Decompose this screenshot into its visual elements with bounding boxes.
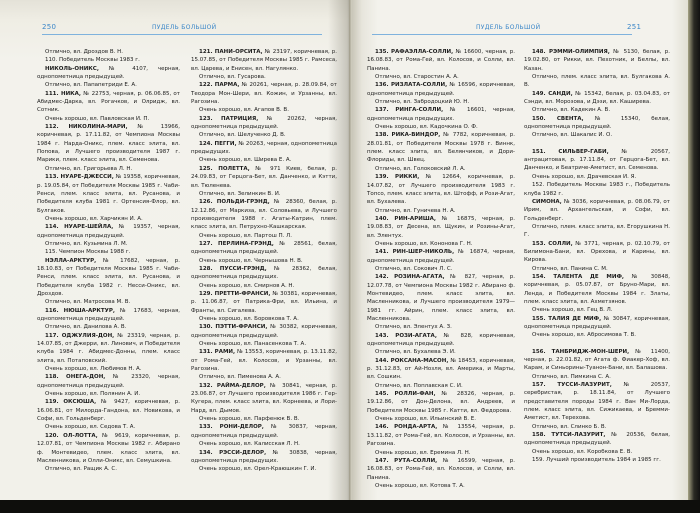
dog-name: 144. РОКСАНА-МАСОН, — [375, 358, 448, 364]
rating-line: Отлично, вл. Папапетриди Е. А. — [37, 81, 180, 89]
dog-name: 133. РОНИ-ДЕЛОР, — [199, 424, 264, 430]
dog-entry: 119. ОКСЮША, № 9427, коричневая, р. 16.0… — [37, 398, 180, 423]
dog-entry: 139. РИККИ, № 12664, коричневая, р. 14.0… — [367, 173, 515, 206]
dog-entry: 130. ПЭТТИ-ФРАНСИ, № 30382, коричневая, … — [191, 323, 337, 340]
rating-line: Очень хорошо, вл. Панасенкова Т. А. — [191, 340, 337, 348]
dog-entry: 143. РОЗИ-АГАТА, № 828, коричневая, одно… — [367, 332, 515, 349]
dog-name: 134. РЭССИ-ДЕЛОР, — [199, 450, 266, 456]
dog-entry: 150. СВЕНТА, № 15340, белая, однопометни… — [524, 115, 670, 132]
dog-entry: 128. ПУССИ-ГРЭНД, № 28362, белая, однопо… — [191, 265, 337, 282]
rating-line: Отлично, вл. Голоковский Л. А. — [367, 165, 515, 173]
dog-name: 148. РЭММИ-ОЛИМПИЯ, — [532, 49, 610, 55]
rating-line: Отлично, вл. Пименова А. А. — [191, 373, 337, 381]
dog-entry: 113. НУАРЕ-ДЖЕССИ, № 19358, коричневая, … — [37, 173, 180, 215]
dog-name: 147. РУТА-СОЛЛИ, — [375, 458, 437, 464]
rating-line: Очень хорошо, вл. Парфенюк В. В. — [191, 415, 337, 423]
rating-line: Очень хорошо, вл. Чернышова Н. В. — [191, 257, 337, 265]
rating-line: 110. Победитель Москвы 1983 г. — [37, 56, 180, 64]
running-title: ПУДЕЛЬ БОЛЬШОЙ — [476, 24, 540, 31]
rating-line: Отлично, вл. Бухалева Э. И. — [367, 348, 515, 356]
rating-line: Очень хорошо, вл. Смирнов А. Н. — [191, 282, 337, 290]
dog-name: 142. РОЗИНА-АГАТА, — [375, 274, 445, 280]
dog-entry: 137. РИНГА-СОЛЛИ, № 16601, черная, одноп… — [367, 106, 515, 123]
dog-name: 135. РАФАЭЛЛА-СОЛЛИ, — [375, 49, 453, 55]
dog-entry: 122. ПАРМА, № 20261, черная, р. 28.09.84… — [191, 81, 337, 106]
dog-name: 153. СОЛЛИ, — [532, 241, 573, 247]
dog-entry: 114. НУАРЕ-ШЕЙЛА, № 19357, черная, одноп… — [37, 223, 180, 240]
dog-name: 124. ПЕГГИ, — [199, 141, 237, 147]
rating-line: 152. Победитель Москвы 1983 г., Победите… — [524, 181, 670, 198]
rating-line: Очень хорошо, вл. Седова Т. А. — [37, 423, 180, 431]
rating-line: Очень хорошо, вл. Ильинский В. Е. — [367, 415, 515, 423]
rating-line: Отлично, вл. Слинко Б. В. — [524, 423, 670, 431]
dog-entry: 157. ТУССИ-ЛАЗУРИТ, № 20537, серебристая… — [524, 381, 670, 423]
dog-entry: 148. РЭММИ-ОЛИМПИЯ, № 5130, белая, р. 19… — [524, 48, 670, 73]
dog-entry: 155. ТАЛИЯ ДЕ МИФ, № 30847, коричневая, … — [524, 315, 670, 332]
dog-name: 138. РИКА-ВИНДОР, — [375, 132, 440, 138]
dog-name: 139. РИККИ, — [375, 174, 419, 180]
page-edge-shadow — [688, 0, 700, 513]
rating-line: 115. Чемпион Москвы 1988 г. — [37, 248, 180, 256]
left-page-number: 250 — [42, 23, 56, 31]
rating-line: Отлично, вл. Дроздов В. Н. — [37, 48, 180, 56]
dog-entry: СИМОНА, № 3036, коричневая, р. 08.06.79,… — [524, 198, 670, 223]
dog-name: 145. РОЛЛИ-ФАН, — [375, 391, 436, 397]
rating-line: Очень хорошо, вл. Харчикян И. А. — [37, 215, 180, 223]
header-rule — [372, 34, 632, 35]
rating-line: Отлично, вл. Ращик А. С. — [37, 465, 180, 473]
dog-name: 136. РИЗЛАТА-СОЛЛИ, — [375, 82, 447, 88]
header-rule — [42, 34, 322, 35]
right-page-number: 251 — [627, 23, 641, 31]
dog-name: 129. ПРЕТТИ-ФРАНСИ, — [199, 291, 271, 297]
dog-name: 157. ТУССИ-ЛАЗУРИТ, — [532, 382, 612, 388]
dog-name: 119. ОКСЮША, — [45, 399, 96, 405]
left-page-column-2: 121. ПАНИ-ОРСИТА, № 23197, коричневая, р… — [191, 48, 337, 474]
dog-name: 126. ПОЛЬДИ-ГРЭНД, — [199, 199, 270, 205]
dog-name: 125. ПОЛЕТТА, — [199, 166, 250, 172]
dog-entry: 123. ПАТРИЦИЯ, № 20262, черная, однопоме… — [191, 115, 337, 132]
left-page: 250 ПУДЕЛЬ БОЛЬШОЙ Отлично, вл. Дроздов … — [0, 0, 352, 500]
right-page: ПУДЕЛЬ БОЛЬШОЙ 251 135. РАФАЭЛЛА-СОЛЛИ, … — [352, 0, 688, 500]
dog-name: 122. ПАРМА, — [199, 82, 239, 88]
dog-entry: 156. ТАНБРИДЖ-МОН-ШЕРИ, № 11400, черная,… — [524, 348, 670, 373]
dog-name: 123. ПАТРИЦИЯ, — [199, 116, 258, 122]
rating-line: Очень хорошо, вл. Боровкова Т. А. — [191, 315, 337, 323]
rating-line: Отлично, вл. Панина С. М. — [524, 265, 670, 273]
rating-line: Очень хорошо, вл. Ширева Е. А. — [191, 156, 337, 164]
paragraph-gap — [524, 340, 670, 348]
rating-line: Очень хорошо, вл. Павловская И. П. — [37, 115, 180, 123]
running-title: ПУДЕЛЬ БОЛЬШОЙ — [152, 24, 216, 31]
dog-entry: 116. НЮША-АРКТУР, № 17683, черная, одноп… — [37, 307, 180, 324]
dog-entry: 134. РЭССИ-ДЕЛОР, № 30838, черная, одноп… — [191, 449, 337, 466]
rating-line: Очень хорошо, вл. Абросимова Т. В. — [524, 331, 670, 339]
dog-details: № 827, черная, р. 12.07.78, от Чемпиона … — [367, 274, 515, 322]
rating-line: Очень хорошо, вл. Любимов Н. А. — [37, 365, 180, 373]
dog-name: 155. ТАЛИЯ ДЕ МИФ, — [532, 316, 601, 322]
dog-name: 151. СИЛЬВЕР-ГАБИ, — [532, 149, 609, 155]
rating-line: Отлично, плем. класс элита, вл. Егорушки… — [524, 223, 670, 240]
right-page-column-2: 148. РЭММИ-ОЛИМПИЯ, № 5130, белая, р. 19… — [524, 48, 670, 465]
dog-entry: 117. ОДЖУЛИЯ-ДОН, № 23319, черная, р. 14… — [37, 332, 180, 365]
dog-name: 117. ОДЖУЛИЯ-ДОН, — [45, 333, 114, 339]
dog-name: 128. ПУССИ-ГРЭНД, — [199, 266, 267, 272]
dog-name: 132. РАЙМА-ДЕЛОР, — [199, 383, 266, 389]
dog-entry: 127. ПЕРЛИНА-ГРЭНД, № 28561, белая, одно… — [191, 240, 337, 257]
scan-bottom-edge — [0, 500, 700, 513]
rating-line: Очень хорошо, вл. Полянин А. И. — [37, 390, 180, 398]
dog-name: 121. ПАНИ-ОРСИТА, — [199, 49, 263, 55]
dog-entry: 144. РОКСАНА-МАСОН, № 18453, коричневая,… — [367, 357, 515, 382]
rating-line: Отлично, вл. Элентух А. З. — [367, 323, 515, 331]
dog-entry: 153. СОЛЛИ, № 3771, черная, р. 02.10.79,… — [524, 240, 670, 265]
rating-line: Отлично, вл. Гусарова. — [191, 73, 337, 81]
dog-entry: 147. РУТА-СОЛЛИ, № 16599, черная, р. 16.… — [367, 457, 515, 482]
dog-name: 141. РИН-ШЕР-НИКОЛЬ, — [375, 249, 454, 255]
dog-entry: 142. РОЗИНА-АГАТА, № 827, черная, р. 12.… — [367, 273, 515, 323]
paragraph-gap — [524, 140, 670, 148]
dog-entry: 111. НИКА, № 22753, черная, р. 06.06.85,… — [37, 90, 180, 115]
dog-name: 111. НИКА, — [45, 91, 81, 97]
rating-line: Очень хорошо, вл. Драчевская И. Я. — [524, 173, 670, 181]
dog-name: 143. РОЗИ-АГАТА, — [375, 333, 437, 339]
dog-name: 116. НЮША-АРКТУР, — [45, 308, 115, 314]
dog-entry: 149. САНДИ, № 15342, белая, р. 03.04.83,… — [524, 90, 670, 107]
dog-name: 140. РИН-АРИША, — [375, 216, 436, 222]
dog-entry: 133. РОНИ-ДЕЛОР, № 30837, черная, однопо… — [191, 423, 337, 440]
dog-name: 154. ТАЛЕНТА ДЕ МИФ, — [532, 274, 624, 280]
dog-entry: 131. РАМИ, № 13553, коричневая, р. 13.11… — [191, 348, 337, 373]
dog-name: 146. РОНДА-АРТА, — [375, 424, 437, 430]
dog-name: 127. ПЕРЛИНА-ГРЭНД, — [199, 241, 274, 247]
dog-entry: 112. НИКОЛИНА-МАРИ, № 13966, коричневая,… — [37, 123, 180, 165]
rating-line: Отлично, вл. Поплавская С. И. — [367, 382, 515, 390]
rating-line: Отлично, вл. Старостин А. А. — [367, 73, 515, 81]
dog-name: 149. САНДИ, — [532, 91, 573, 97]
rating-line: Отлично, вл. Зелинкин В. И. — [191, 190, 337, 198]
dog-entry: 121. ПАНИ-ОРСИТА, № 23197, коричневая, р… — [191, 48, 337, 73]
rating-line: Отлично, вл. Сокович Л. С. — [367, 265, 515, 273]
dog-entry: 135. РАФАЭЛЛА-СОЛЛИ, № 16600, черная, р.… — [367, 48, 515, 73]
rating-line: Отлично, вл. Пимкина С. А. — [524, 373, 670, 381]
dog-name: СИМОНА, — [532, 199, 562, 205]
rating-line: Отлично, вл. Забродоцкий Ю. Н. — [367, 98, 515, 106]
dog-name: 114. НУАРЕ-ШЕЙЛА, — [45, 224, 113, 230]
dog-entry: 154. ТАЛЕНТА ДЕ МИФ, № 30848, коричневая… — [524, 273, 670, 306]
rating-line: Отлично, плем. класс элита, вл. Булгаков… — [524, 73, 670, 90]
rating-line: Очень хорошо, вл. Гец В. Л. — [524, 306, 670, 314]
dog-entry: НИКОЛЬ-ОНИКС, № 4107, черная, однопометн… — [37, 65, 180, 82]
rating-line: Отлично, вл. Шакалис И. О. — [524, 131, 670, 139]
rating-line: Отлично, вл. Гуничева Н. А. — [367, 207, 515, 215]
dog-entry: 140. РИН-АРИША, № 16875, черная, р. 19.0… — [367, 215, 515, 240]
dog-entry: 132. РАЙМА-ДЕЛОР, № 30841, черная, р. 23… — [191, 382, 337, 415]
dog-entry: 120. ОЛ-ЛОТТА, № 9619, коричневая, р. 12… — [37, 432, 180, 465]
dog-entry: 158. ТУТСИ-ЛАЗУРИТ, № 20536, белая, одно… — [524, 431, 670, 448]
dog-entry: 151. СИЛЬВЕР-ГАБИ, № 20567, антрацитовая… — [524, 148, 670, 173]
rating-line: Очень хорошо, вл. Кононова Г. Н. — [367, 240, 515, 248]
rating-line: Отлично, вл. Данилова А. В. — [37, 323, 180, 331]
rating-line: Очень хорошо, вл. Орел-Краюшкин Г. И. — [191, 465, 337, 473]
dog-entry: 129. ПРЕТТИ-ФРАНСИ, № 30381, коричневая,… — [191, 290, 337, 315]
rating-line: Отлично, вл. Матросова М. В. — [37, 298, 180, 306]
dog-name: 120. ОЛ-ЛОТТА, — [45, 433, 98, 439]
rating-line: Отлично, вл. Кадекин А. В. — [524, 106, 670, 114]
dog-name: 131. РАМИ, — [199, 349, 235, 355]
dog-entry: 136. РИЗЛАТА-СОЛЛИ, № 16596, коричневая,… — [367, 81, 515, 98]
dog-name: НИКОЛЬ-ОНИКС, — [45, 66, 99, 72]
rating-line: Очень хорошо, вл. Калисская Л. Н. — [191, 440, 337, 448]
right-page-column-1: 135. РАФАЭЛЛА-СОЛЛИ, № 16600, черная, р.… — [367, 48, 515, 490]
dog-name: 118. ОНЕГА-ДОН, — [45, 374, 105, 380]
dog-entry: 138. РИКА-ВИНДОР, № 7782, коричневая, р.… — [367, 131, 515, 164]
dog-name: 112. НИКОЛИНА-МАРИ, — [45, 124, 128, 130]
rating-line: Очень хорошо, вл. Агапов В. В. — [191, 106, 337, 114]
rating-line: Отлично, вл. Григорьева Л. Н. — [37, 165, 180, 173]
dog-entry: 118. ОНЕГА-ДОН, № 23320, черная, однопом… — [37, 373, 180, 390]
left-page-column-1: Отлично, вл. Дроздов В. Н.110. Победител… — [37, 48, 180, 474]
dog-entry: 124. ПЕГГИ, № 20263, черная, однопометни… — [191, 140, 337, 157]
rating-line: Отлично, вл. Шелученко Д. В. — [191, 131, 337, 139]
rating-line: Очень хорошо, вл. Еремина Л. Н. — [367, 449, 515, 457]
dog-entry: 146. РОНДА-АРТА, № 13554, черная, р. 13.… — [367, 423, 515, 448]
dog-name: 113. НУАРЕ-ДЖЕССИ, — [45, 174, 114, 180]
rating-line: 159. Лучший производитель 1984 и 1985 гг… — [524, 456, 670, 464]
dog-entry: НЭЛЛА-АРКТУР, № 17682, черная, р. 18.10.… — [37, 257, 180, 299]
dog-name: 130. ПЭТТИ-ФРАНСИ, — [199, 324, 268, 330]
dog-entry: 125. ПОЛЕТТА, № 971 Киев, белая, р. 24.0… — [191, 165, 337, 190]
rating-line: Очень хорошо, вл. Коробкова Е. В. — [524, 448, 670, 456]
dog-name: 137. РИНГА-СОЛЛИ, — [375, 107, 443, 113]
rating-line: Очень хорошо, вл. Партош П. Л. — [191, 232, 337, 240]
dog-name: НЭЛЛА-АРКТУР, — [45, 258, 96, 264]
dog-name: 150. СВЕНТА, — [532, 116, 584, 122]
dog-entry: 141. РИН-ШЕР-НИКОЛЬ, № 16874, черная, од… — [367, 248, 515, 265]
rating-line: Отлично, вл. Кузьмина Л. М. — [37, 240, 180, 248]
rating-line: Очень хорошо, вл. Котова Т. А. — [367, 482, 515, 490]
dog-entry: 126. ПОЛЬДИ-ГРЭНД, № 28360, белая, р. 12… — [191, 198, 337, 231]
dog-name: 156. ТАНБРИДЖ-МОН-ШЕРИ, — [532, 349, 629, 355]
dog-entry: 145. РОЛЛИ-ФАН, № 28326, черная, р. 19.1… — [367, 390, 515, 415]
rating-line: Очень хорошо, вл. Кадочкина О. Ф. — [367, 123, 515, 131]
dog-name: 158. ТУТСИ-ЛАЗУРИТ, — [532, 432, 606, 438]
